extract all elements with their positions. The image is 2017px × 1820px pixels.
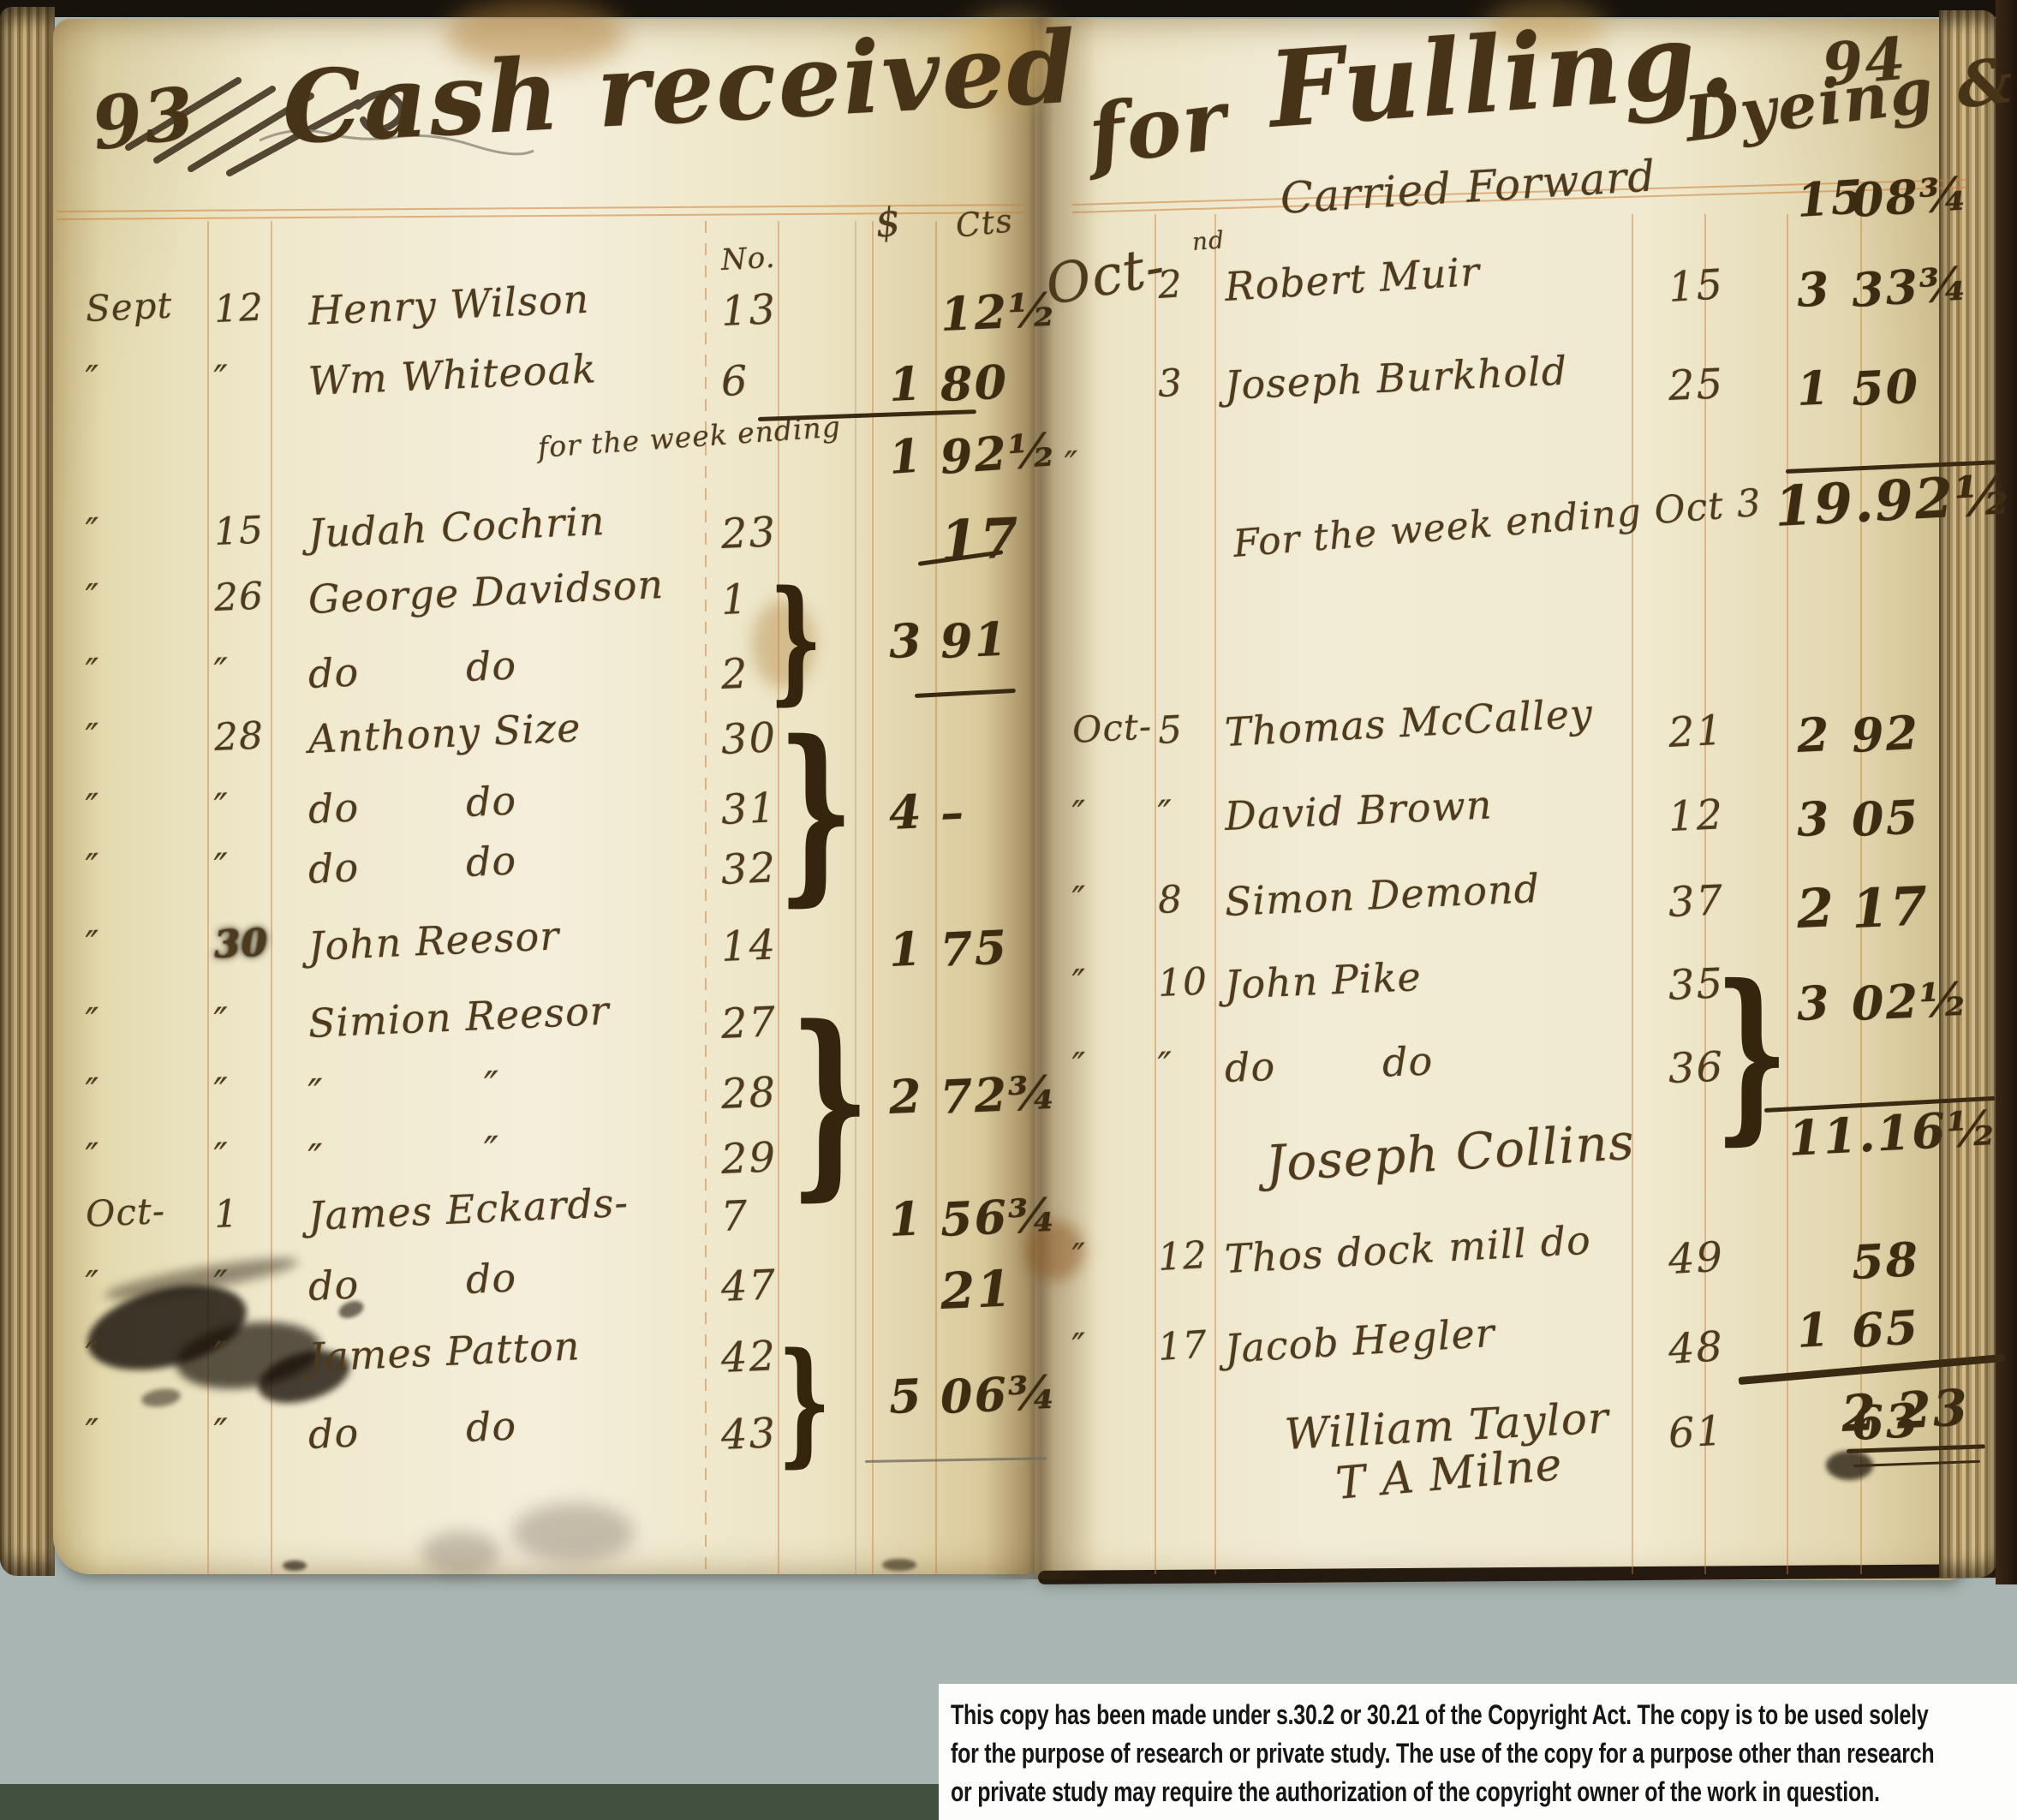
handwriting-extra: Oct- [1041, 236, 1170, 317]
ledger-name: George Davidson [307, 563, 665, 622]
ledger-cents: 02½ [1851, 974, 1971, 1029]
ledger-date: ″ [1071, 1237, 1088, 1277]
sum-rule [1853, 1460, 1980, 1467]
grouping-brace: } [769, 567, 822, 713]
ledger-entry-number: 42 [720, 1334, 778, 1381]
ledger-date: ″ [1071, 1327, 1088, 1367]
ledger-name: Thomas McCalley [1224, 692, 1594, 755]
sum-rule [915, 689, 1016, 698]
column-header: $ [873, 200, 903, 245]
ledger-name: Robert Muir [1223, 250, 1481, 309]
ledger-day: 26 [213, 576, 265, 619]
copyright-line: This copy has been made under s.30.2 or … [951, 1684, 2013, 1734]
ledger-dollars: 3 [1795, 264, 1832, 317]
ledger-dollars: 4 [888, 786, 924, 838]
ledger-name: John Reesor [307, 914, 560, 968]
ledger-dollars: 2 [888, 1071, 924, 1123]
ledger-entry-number: 21 [1668, 708, 1726, 756]
ledger-cents: 21 [940, 1262, 1014, 1319]
ledger-day: ″ [213, 652, 230, 694]
ledger-entry-number: 43 [720, 1411, 778, 1459]
ledger-name: Joseph Burkhold [1224, 349, 1568, 408]
ledger-day: 8 [1157, 880, 1184, 922]
ledger-date: ″ [85, 511, 101, 552]
ledger-total: 11.16½ [1787, 1102, 2000, 1166]
ledger-name: ″ ″ [307, 1129, 501, 1180]
ledger-day: 12 [213, 287, 265, 331]
ledger-name: Wm Whiteoak [307, 347, 598, 403]
ledger-cents: 75 [940, 922, 1010, 976]
sum-rule [758, 409, 976, 421]
ledger-entry-number: 15 [1667, 262, 1725, 311]
ledger-entry-number: 23 [720, 510, 778, 558]
ledger-name: Judah Cochrin [307, 499, 606, 556]
ledger-day: ″ [213, 359, 230, 401]
ledger-name: James Patton [307, 1324, 581, 1379]
copyright-line: or private study may require the authori… [951, 1773, 2013, 1811]
ledger-day: ″ [213, 787, 230, 829]
ledger-day: ″ [213, 1001, 230, 1043]
ledger-name: do do [307, 1404, 517, 1456]
ledger-cents: 92½ [939, 424, 1059, 483]
grouping-brace: } [778, 707, 854, 915]
ledger-cents: 17 [939, 509, 1021, 572]
ledger-dollars: 1 [888, 923, 924, 976]
ledger-day: ″ [213, 1071, 230, 1113]
ledger-entry-number: 14 [720, 922, 778, 970]
ledger-date: ″ [85, 787, 101, 827]
ledger-cents: 33¾ [1850, 259, 1971, 317]
ledger-day: 28 [213, 715, 265, 759]
ledger-date: ″ [85, 1412, 101, 1453]
ledger-entry-number: 7 [720, 1194, 750, 1240]
ledger-day: ″ [213, 1264, 230, 1306]
column-header: Cts [954, 203, 1015, 245]
ledger-dollars: 3 [1796, 977, 1832, 1029]
ledger-date: ″ [85, 1264, 101, 1304]
copyright-notice: This copy has been made under s.30.2 or … [939, 1684, 2017, 1820]
ledger-entry-number: 49 [1668, 1235, 1726, 1283]
handwriting-extra: ″ [1064, 445, 1079, 485]
ledger-cents: 50 [1851, 361, 1921, 415]
ledger-name: For the week ending Oct 3 [1232, 483, 1763, 566]
ledger-date: ″ [85, 1137, 101, 1177]
column-header: No. [720, 242, 776, 277]
ledger-dollars: 1 [1795, 1304, 1832, 1358]
ledger-name: Simion Reesor [307, 989, 611, 1046]
ledger-cents: 12½ [940, 284, 1059, 340]
ledger-day: 15 [213, 510, 265, 553]
ledger-dollars: 3 [888, 615, 924, 667]
ledger-day: ″ [1157, 1046, 1173, 1088]
ledger-entry-number: 27 [720, 1000, 778, 1047]
ledger-entry-number: 28 [720, 1070, 778, 1118]
ledger-day: 1 [213, 1194, 240, 1237]
ledger-day: ″ [213, 1412, 230, 1454]
ledger-day: 10 [1157, 961, 1208, 1005]
ledger-entry-number: 47 [720, 1262, 778, 1310]
ledger-date: ″ [85, 1001, 101, 1041]
ledger-date: Sept [85, 286, 173, 330]
ledger-date: ″ [1071, 880, 1088, 920]
ledger-entry-number: 48 [1667, 1324, 1725, 1373]
ledger-entry-number: 25 [1668, 361, 1725, 409]
ledger-name: do do [1224, 1040, 1434, 1090]
ledger-total: 2 23 [1840, 1381, 1970, 1442]
ledger-date: Oct- [1071, 707, 1153, 750]
ledger-day: 30 [213, 922, 269, 966]
ledger-day: 5 [1157, 710, 1184, 753]
ledger-cents: 56¾ [940, 1190, 1059, 1245]
handwriting-extra: nd [1191, 227, 1226, 255]
ledger-cents: 06¾ [940, 1367, 1059, 1423]
ledger-date: ″ [1071, 1046, 1087, 1086]
ledger-date: ″ [85, 359, 101, 399]
ledger-name: ″ ″ [307, 1064, 501, 1115]
handwriting-layer: Sept12Henry Wilson1312½″″Wm Whiteoak6180… [0, 0, 2017, 1820]
ledger-entry-number: 13 [720, 287, 778, 335]
ledger-cents: – [940, 787, 967, 839]
scanned-ledger-spread: 93 Cash received for Fulling. Dyeing &c … [0, 0, 2017, 1820]
ledger-entry-number: 61 [1668, 1409, 1726, 1457]
ledger-name: do do [307, 838, 517, 891]
ledger-dollars: 2 [1795, 709, 1832, 761]
ledger-entry-number: 2 [720, 652, 750, 698]
ledger-day: ″ [213, 1137, 230, 1179]
ledger-dollars: 1 [887, 430, 925, 483]
ledger-entry-number: 29 [720, 1135, 778, 1183]
grouping-brace: } [790, 992, 870, 1210]
ledger-cents: 17 [1851, 877, 1930, 939]
ledger-entry-number: 32 [720, 845, 778, 893]
ledger-dollars: 1 [888, 1193, 924, 1245]
ledger-day: ″ [213, 1335, 230, 1377]
ledger-dollars: 3 [1796, 793, 1832, 845]
ledger-dollars: 5 [888, 1370, 924, 1423]
ledger-cents: 92 [1850, 707, 1920, 761]
ledger-entry-number: 37 [1668, 878, 1725, 926]
ledger-date: ″ [85, 924, 101, 964]
ledger-day: ″ [1157, 794, 1174, 836]
ledger-name: Thos dock mill do [1224, 1219, 1592, 1281]
ledger-name: Jacob Hegler [1223, 1311, 1496, 1371]
ledger-name: David Brown [1224, 783, 1493, 838]
ledger-entry-number: 30 [720, 715, 778, 763]
ledger-date: Oct- [85, 1191, 166, 1234]
ledger-cents: 91 [940, 614, 1010, 668]
ledger-cents: 08¾ [1850, 169, 1971, 227]
ledger-name: James Eckards- [307, 1181, 630, 1238]
ledger-day: 17 [1157, 1325, 1209, 1369]
ledger-date: ″ [1071, 794, 1088, 834]
ledger-dollars: 2 [1796, 879, 1837, 939]
ledger-name: Simon Demond [1224, 867, 1541, 924]
sum-rule [865, 1457, 1047, 1463]
ledger-date: ″ [85, 577, 101, 618]
ledger-entry-number: 12 [1668, 792, 1725, 840]
ledger-cents: 05 [1851, 792, 1921, 846]
ledger-date: ″ [85, 1335, 101, 1375]
ledger-name: Joseph Collins [1264, 1115, 1636, 1192]
ledger-entry-number: 1 [720, 577, 750, 624]
ledger-entry-number: 31 [720, 785, 778, 833]
ledger-name: do do [307, 779, 517, 831]
ledger-date: ″ [1071, 963, 1088, 1003]
ledger-name: do do [307, 643, 517, 695]
ledger-name: Carried Forward [1279, 152, 1656, 223]
ledger-cents: 72¾ [940, 1067, 1059, 1123]
ledger-day: ″ [213, 847, 230, 889]
ledger-cents: 58 [1850, 1234, 1920, 1288]
grouping-brace: } [778, 1329, 831, 1475]
ledger-name: Henry Wilson [307, 277, 590, 333]
ledger-date: ″ [85, 847, 101, 887]
ledger-name: Anthony Size [307, 706, 582, 761]
ledger-name: John Pike [1224, 955, 1423, 1007]
ledger-name: do do [307, 1256, 517, 1308]
ledger-cents: 65 [1850, 1302, 1921, 1357]
ledger-dollars: 1 [888, 358, 924, 410]
ledger-entry-number: 6 [720, 359, 750, 405]
grouping-brace: } [1715, 952, 1788, 1154]
ledger-dollars: 1 [1796, 362, 1832, 415]
ledger-date: ″ [85, 652, 101, 692]
ledger-date: ″ [85, 717, 101, 757]
ledger-cents: 80 [940, 357, 1010, 411]
ledger-day: 3 [1157, 363, 1184, 406]
ledger-total: 19.92½ [1773, 465, 2014, 538]
ledger-date: ″ [85, 1071, 101, 1112]
copyright-line: for the purpose of research or private s… [951, 1734, 2013, 1773]
ledger-day: 12 [1157, 1235, 1208, 1279]
